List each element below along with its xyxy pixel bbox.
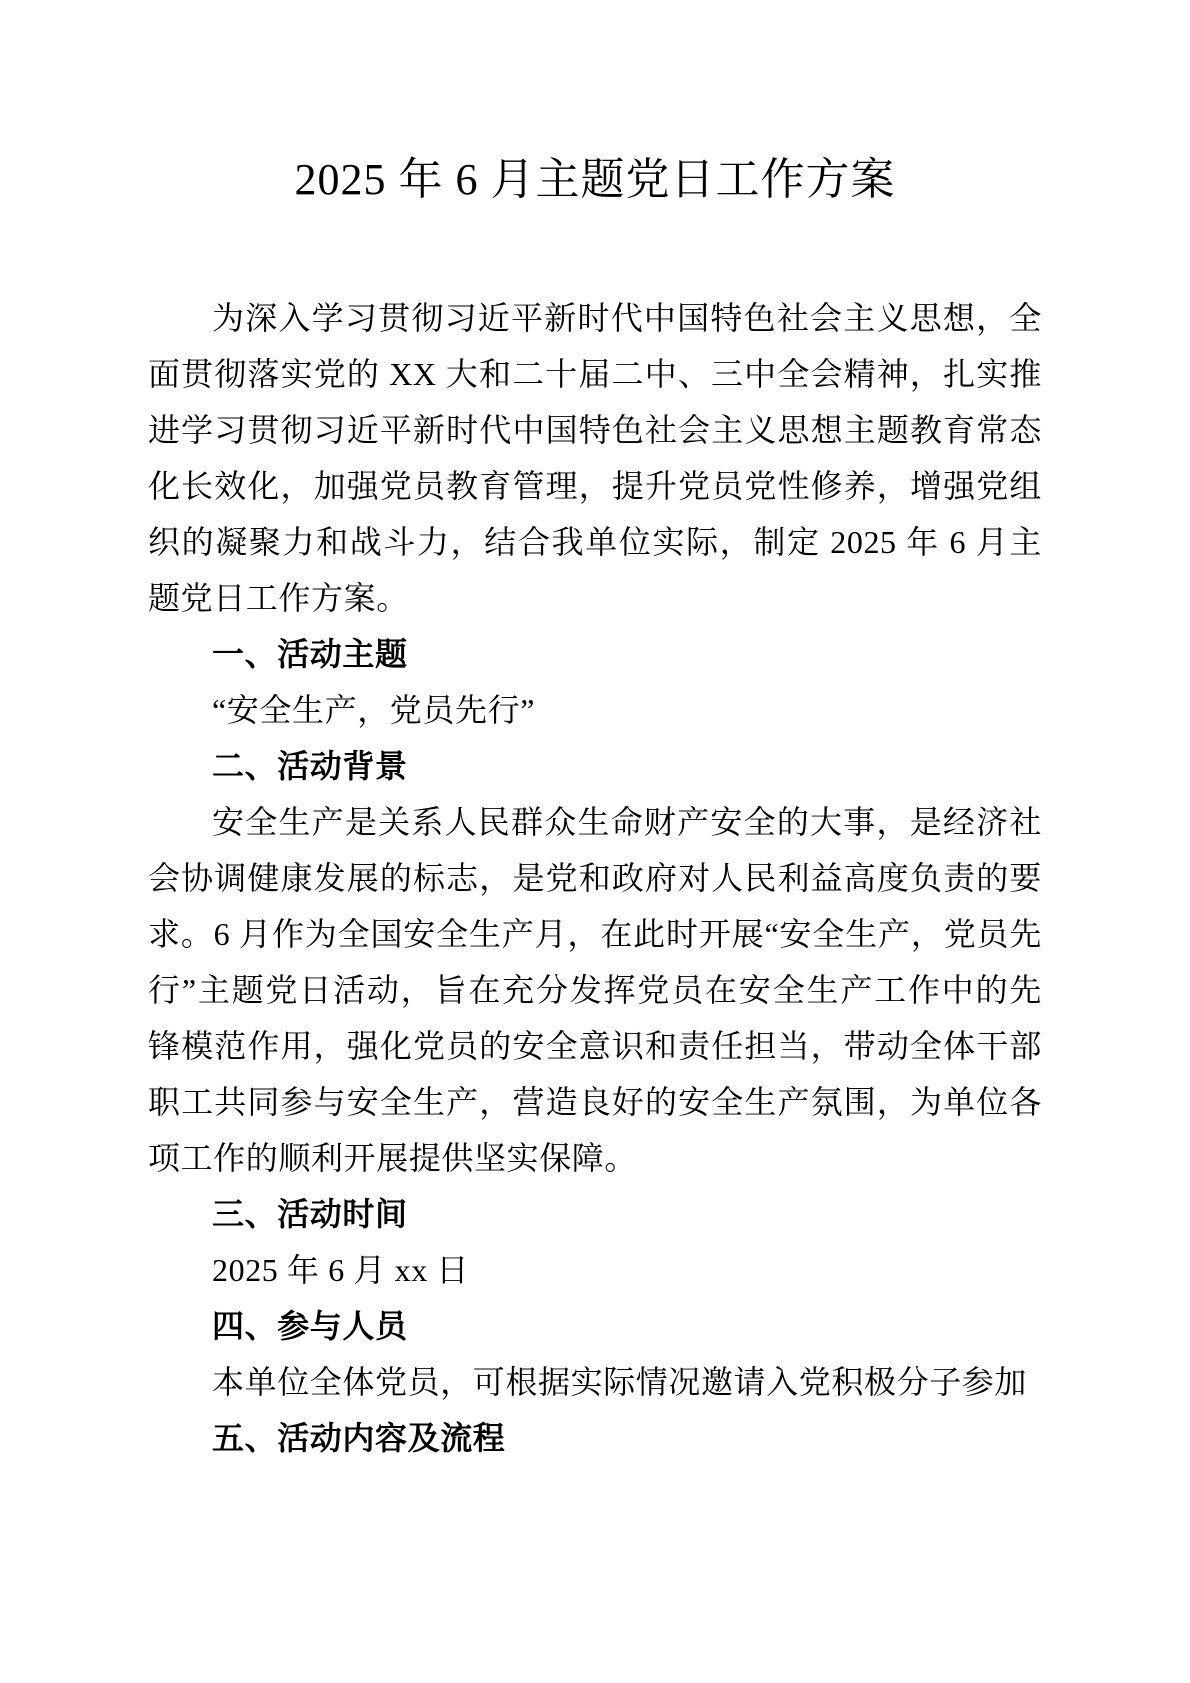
- document-page: 2025 年 6 月主题党日工作方案 为深入学习贯彻习近平新时代中国特色社会主义…: [0, 0, 1190, 1683]
- paragraph: 为深入学习贯彻习近平新时代中国特色社会主义思想，全面贯彻落实党的 XX 大和二十…: [148, 290, 1042, 626]
- section-heading: 四、参与人员: [148, 1298, 1042, 1354]
- section-heading: 三、活动时间: [148, 1186, 1042, 1242]
- section-heading: 二、活动背景: [148, 738, 1042, 794]
- paragraph: “安全生产，党员先行”: [148, 682, 1042, 738]
- section-heading: 五、活动内容及流程: [148, 1410, 1042, 1466]
- paragraph: 安全生产是关系人民群众生命财产安全的大事，是经济社会协调健康发展的标志，是党和政…: [148, 794, 1042, 1186]
- document-body: 为深入学习贯彻习近平新时代中国特色社会主义思想，全面贯彻落实党的 XX 大和二十…: [148, 290, 1042, 1466]
- document-title: 2025 年 6 月主题党日工作方案: [148, 150, 1042, 210]
- paragraph: 2025 年 6 月 xx 日: [148, 1242, 1042, 1298]
- paragraph: 本单位全体党员，可根据实际情况邀请入党积极分子参加: [148, 1354, 1042, 1410]
- document-content: 2025 年 6 月主题党日工作方案 为深入学习贯彻习近平新时代中国特色社会主义…: [148, 150, 1042, 1466]
- section-heading: 一、活动主题: [148, 626, 1042, 682]
